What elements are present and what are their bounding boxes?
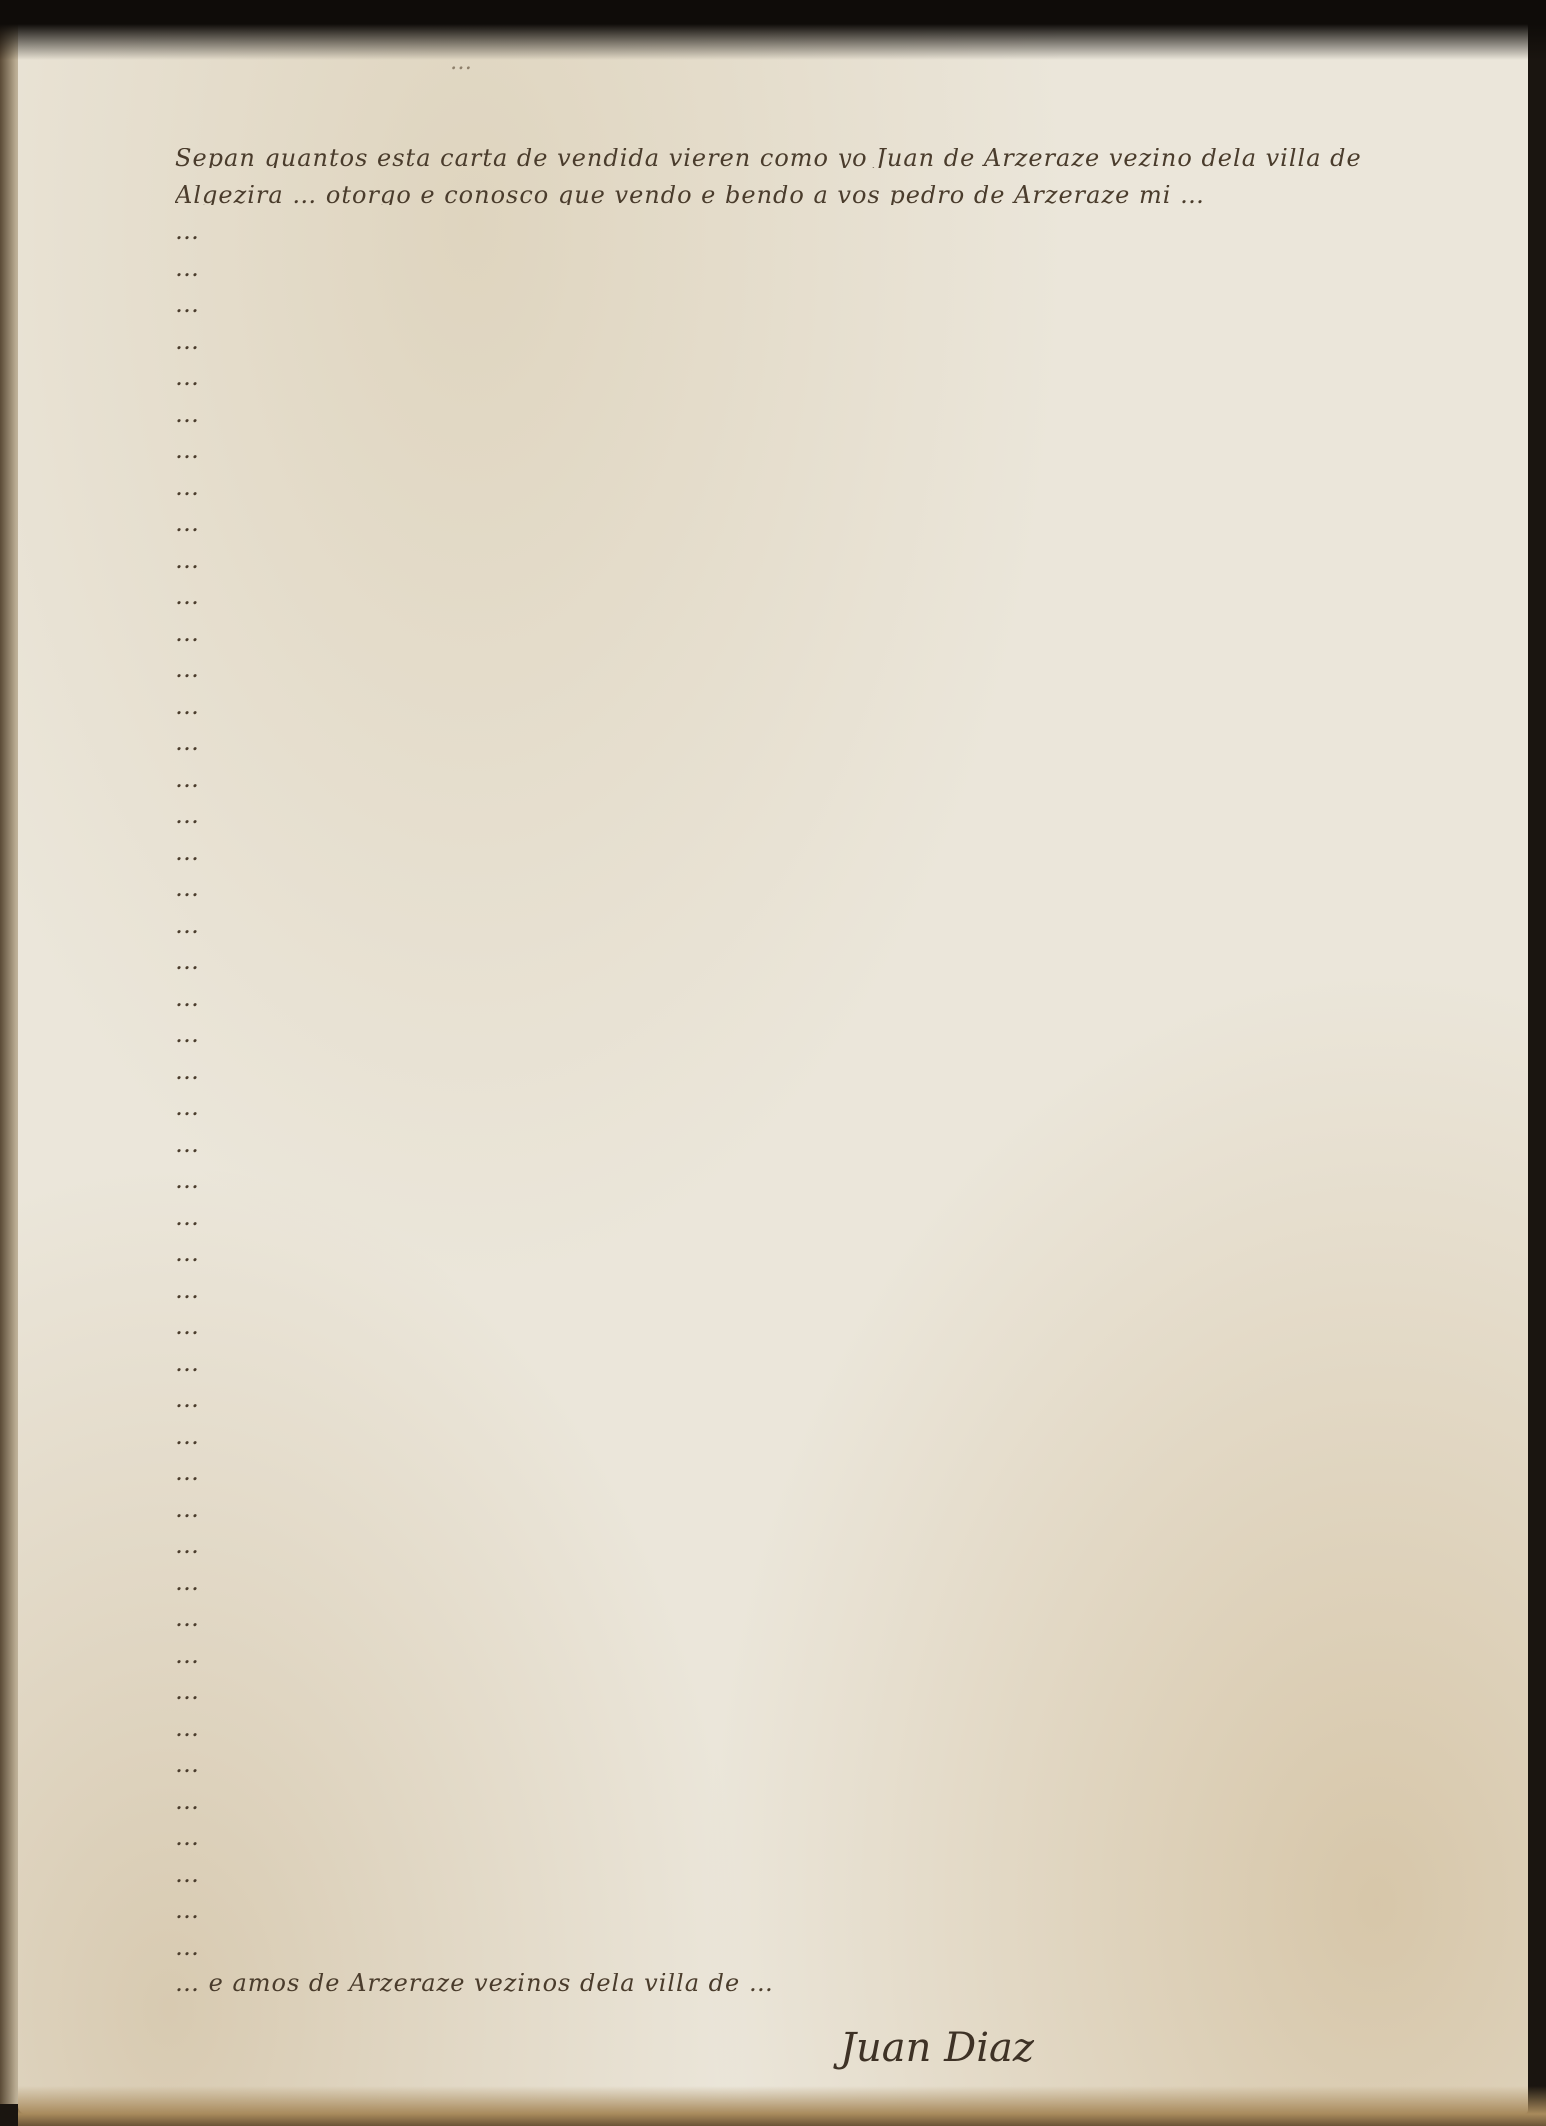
manuscript-line: …: [175, 432, 1445, 469]
manuscript-line: …: [175, 1637, 1445, 1674]
line-text: …: [175, 1243, 1445, 1263]
line-text: …: [175, 1535, 1445, 1555]
manuscript-line: …: [175, 688, 1445, 725]
manuscript-text: Sepan quantos esta carta de vendida vier…: [175, 140, 1445, 2002]
line-text: …: [175, 221, 1445, 241]
line-text: …: [175, 404, 1445, 424]
manuscript-line: …: [175, 1199, 1445, 1236]
line-text: …: [175, 1754, 1445, 1774]
manuscript-line: …: [175, 1564, 1445, 1601]
manuscript-line: Sepan quantos esta carta de vendida vier…: [175, 140, 1445, 177]
manuscript-line: Algezira … otorgo e conosco que vendo e …: [175, 177, 1445, 214]
manuscript-line: …: [175, 1381, 1445, 1418]
line-text: …: [175, 586, 1445, 606]
manuscript-line: …: [175, 1308, 1445, 1345]
manuscript-line: …: [175, 870, 1445, 907]
line-text: …: [175, 659, 1445, 679]
manuscript-line: …: [175, 542, 1445, 579]
line-text: …: [175, 1499, 1445, 1519]
manuscript-line: …: [175, 323, 1445, 360]
line-text: …: [175, 550, 1445, 570]
manuscript-line: …: [175, 359, 1445, 396]
line-text: …: [175, 1645, 1445, 1665]
line-text: …: [175, 1134, 1445, 1154]
manuscript-line: …: [175, 1053, 1445, 1090]
manuscript-line: …: [175, 578, 1445, 615]
line-text: …: [175, 1097, 1445, 1117]
line-text: …: [175, 1389, 1445, 1409]
line-text: …: [175, 1608, 1445, 1628]
line-text: …: [175, 1572, 1445, 1592]
line-text: …: [175, 477, 1445, 497]
line-text: …: [175, 1864, 1445, 1884]
manuscript-line: …: [175, 1491, 1445, 1528]
manuscript-line: …: [175, 1016, 1445, 1053]
manuscript-line: …: [175, 651, 1445, 688]
manuscript-line: …: [175, 615, 1445, 652]
manuscript-line: …: [175, 1272, 1445, 1309]
line-text: …: [175, 258, 1445, 278]
line-text: …: [175, 1681, 1445, 1701]
manuscript-line: …: [175, 1819, 1445, 1856]
manuscript-line: …: [175, 1345, 1445, 1382]
manuscript-line: …: [175, 1600, 1445, 1637]
manuscript-line: …: [175, 250, 1445, 287]
manuscript-line: …: [175, 1235, 1445, 1272]
manuscript-line: …: [175, 1527, 1445, 1564]
manuscript-line: …: [175, 286, 1445, 323]
manuscript-line: …: [175, 1856, 1445, 1893]
manuscript-line: …: [175, 1710, 1445, 1747]
line-text: … e amos de Arzeraze vezinos dela villa …: [175, 1973, 1445, 1993]
header-note: …: [450, 50, 970, 90]
line-text: Algezira … otorgo e conosco que vendo e …: [175, 185, 1445, 205]
line-text: …: [175, 1170, 1445, 1190]
line-text: …: [175, 1207, 1445, 1227]
page-bottom-stain: [18, 2086, 1546, 2126]
line-text: …: [175, 842, 1445, 862]
line-text: …: [175, 294, 1445, 314]
line-text: …: [175, 1462, 1445, 1482]
line-text: …: [175, 1353, 1445, 1373]
manuscript-line: …: [175, 1783, 1445, 1820]
manuscript-line: …: [175, 1162, 1445, 1199]
manuscript-line: …: [175, 505, 1445, 542]
manuscript-line: …: [175, 469, 1445, 506]
manuscript-line: …: [175, 1089, 1445, 1126]
line-text: …: [175, 696, 1445, 716]
line-text: …: [175, 769, 1445, 789]
line-text: …: [175, 1937, 1445, 1957]
signature: Juan Diaz: [840, 2025, 1034, 2071]
line-text: …: [175, 367, 1445, 387]
line-text: …: [175, 1024, 1445, 1044]
line-text: …: [175, 732, 1445, 752]
manuscript-line: …: [175, 980, 1445, 1017]
manuscript-line: …: [175, 1929, 1445, 1966]
manuscript-line: …: [175, 1418, 1445, 1455]
line-text: …: [175, 878, 1445, 898]
manuscript-line: …: [175, 834, 1445, 871]
manuscript-line: …: [175, 1126, 1445, 1163]
manuscript-line: …: [175, 396, 1445, 433]
line-text: …: [175, 988, 1445, 1008]
line-text: …: [175, 1426, 1445, 1446]
line-text: …: [175, 1061, 1445, 1081]
line-text: …: [175, 1827, 1445, 1847]
line-text: …: [175, 951, 1445, 971]
manuscript-line: … e amos de Arzeraze vezinos dela villa …: [175, 1965, 1445, 2002]
manuscript-line: …: [175, 213, 1445, 250]
line-text: …: [175, 1900, 1445, 1920]
manuscript-line: …: [175, 761, 1445, 798]
line-text: Sepan quantos esta carta de vendida vier…: [175, 148, 1445, 168]
line-text: …: [175, 513, 1445, 533]
line-text: …: [175, 1718, 1445, 1738]
manuscript-line: …: [175, 943, 1445, 980]
manuscript-line: …: [175, 1746, 1445, 1783]
line-text: …: [175, 1791, 1445, 1811]
manuscript-line: …: [175, 1454, 1445, 1491]
line-text: …: [175, 623, 1445, 643]
line-text: …: [175, 331, 1445, 351]
line-text: …: [175, 1316, 1445, 1336]
manuscript-line: …: [175, 907, 1445, 944]
manuscript-line: …: [175, 724, 1445, 761]
manuscript-line: …: [175, 1673, 1445, 1710]
line-text: …: [175, 915, 1445, 935]
manuscript-line: …: [175, 1892, 1445, 1929]
line-text: …: [175, 1280, 1445, 1300]
line-text: …: [175, 440, 1445, 460]
manuscript-line: …: [175, 797, 1445, 834]
line-text: …: [175, 805, 1445, 825]
